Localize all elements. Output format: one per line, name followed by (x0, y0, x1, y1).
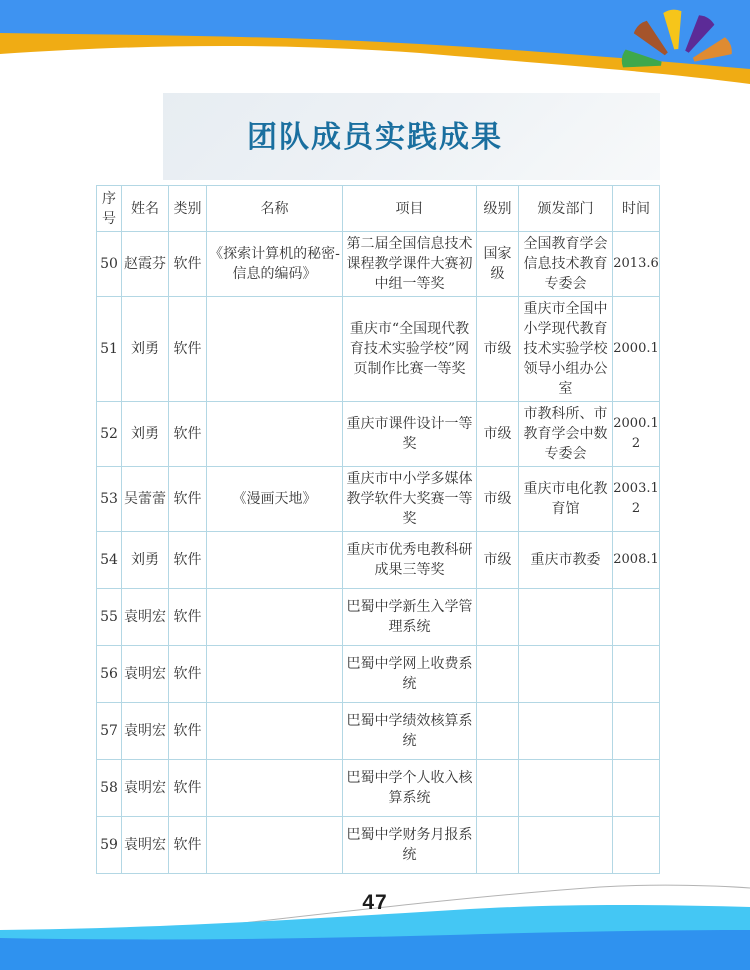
cell-level: 国家级 (477, 232, 519, 297)
cell-index: 56 (97, 646, 122, 703)
column-header-date: 时间 (613, 186, 660, 232)
cell-level: 市级 (477, 402, 519, 467)
cell-name: 刘勇 (122, 532, 169, 589)
cell-project: 巴蜀中学网上收费系统 (343, 646, 477, 703)
table-header-row: 序号 姓名 类别 名称 项目 级别 颁发部门 时间 (97, 186, 660, 232)
cell-level: 市级 (477, 467, 519, 532)
cell-title (207, 646, 343, 703)
cell-date: 2013.6 (613, 232, 660, 297)
cell-name: 刘勇 (122, 402, 169, 467)
cell-issuer: 全国教育学会信息技术教育专委会 (519, 232, 613, 297)
cell-date (613, 589, 660, 646)
cell-category: 软件 (169, 760, 207, 817)
cell-date: 2003.12 (613, 467, 660, 532)
column-header-title: 名称 (207, 186, 343, 232)
cell-project: 重庆市中小学多媒体教学软件大奖赛一等奖 (343, 467, 477, 532)
cell-index: 51 (97, 297, 122, 402)
cell-index: 53 (97, 467, 122, 532)
cell-project: 重庆市“全国现代教育技术实验学校”网页制作比赛一等奖 (343, 297, 477, 402)
cell-issuer: 市教科所、市教育学会中数专委会 (519, 402, 613, 467)
cell-name: 袁明宏 (122, 589, 169, 646)
results-table: 序号 姓名 类别 名称 项目 级别 颁发部门 时间 50 赵霞芬 软件 《探索计… (96, 185, 660, 874)
cell-title (207, 402, 343, 467)
page-number: 47 (0, 891, 750, 915)
cell-date: 2000.1 (613, 297, 660, 402)
cell-index: 52 (97, 402, 122, 467)
cell-index: 57 (97, 703, 122, 760)
cell-date (613, 703, 660, 760)
cell-category: 软件 (169, 646, 207, 703)
cell-name: 赵霞芬 (122, 232, 169, 297)
cell-index: 55 (97, 589, 122, 646)
cell-index: 58 (97, 760, 122, 817)
cell-category: 软件 (169, 467, 207, 532)
cell-title (207, 297, 343, 402)
cell-category: 软件 (169, 703, 207, 760)
cell-issuer (519, 703, 613, 760)
table-row: 53 吴蕾蕾 软件 《漫画天地》 重庆市中小学多媒体教学软件大奖赛一等奖 市级 … (97, 467, 660, 532)
cell-index: 50 (97, 232, 122, 297)
document-page: 团队成员实践成果 序号 姓名 类别 名称 项目 级别 颁发部门 时间 50 赵霞… (0, 0, 750, 970)
table-row: 55 袁明宏 软件 巴蜀中学新生入学管理系统 (97, 589, 660, 646)
cell-issuer (519, 646, 613, 703)
cell-project: 重庆市优秀电教科研成果三等奖 (343, 532, 477, 589)
cell-project: 巴蜀中学绩效核算系统 (343, 703, 477, 760)
cell-level: 市级 (477, 297, 519, 402)
table-row: 58 袁明宏 软件 巴蜀中学个人收入核算系统 (97, 760, 660, 817)
table-row: 50 赵霞芬 软件 《探索计算机的秘密-信息的编码》 第二届全国信息技术课程教学… (97, 232, 660, 297)
cell-level (477, 589, 519, 646)
cell-category: 软件 (169, 297, 207, 402)
cell-category: 软件 (169, 402, 207, 467)
cell-title (207, 589, 343, 646)
cell-date (613, 646, 660, 703)
table-row: 52 刘勇 软件 重庆市课件设计一等奖 市级 市教科所、市教育学会中数专委会 2… (97, 402, 660, 467)
cell-title: 《漫画天地》 (207, 467, 343, 532)
cell-category: 软件 (169, 589, 207, 646)
cell-index: 54 (97, 532, 122, 589)
cell-level: 市级 (477, 532, 519, 589)
cell-title: 《探索计算机的秘密-信息的编码》 (207, 232, 343, 297)
cell-level (477, 703, 519, 760)
cell-name: 袁明宏 (122, 646, 169, 703)
table-row: 57 袁明宏 软件 巴蜀中学绩效核算系统 (97, 703, 660, 760)
cell-project: 巴蜀中学新生入学管理系统 (343, 589, 477, 646)
table-row: 54 刘勇 软件 重庆市优秀电教科研成果三等奖 市级 重庆市教委 2008.1 (97, 532, 660, 589)
cell-issuer: 重庆市电化教育馆 (519, 467, 613, 532)
cell-name: 刘勇 (122, 297, 169, 402)
cell-level (477, 760, 519, 817)
cell-name: 袁明宏 (122, 760, 169, 817)
cell-project: 重庆市课件设计一等奖 (343, 402, 477, 467)
cell-project: 第二届全国信息技术课程教学课件大赛初中组一等奖 (343, 232, 477, 297)
cell-name: 袁明宏 (122, 703, 169, 760)
column-header-project: 项目 (343, 186, 477, 232)
cell-date: 2008.1 (613, 532, 660, 589)
table-row: 51 刘勇 软件 重庆市“全国现代教育技术实验学校”网页制作比赛一等奖 市级 重… (97, 297, 660, 402)
cell-name: 吴蕾蕾 (122, 467, 169, 532)
cell-project: 巴蜀中学个人收入核算系统 (343, 760, 477, 817)
cell-title (207, 760, 343, 817)
cell-title (207, 703, 343, 760)
cell-level (477, 646, 519, 703)
cell-date (613, 760, 660, 817)
table-body: 50 赵霞芬 软件 《探索计算机的秘密-信息的编码》 第二届全国信息技术课程教学… (97, 232, 660, 874)
cell-issuer: 重庆市教委 (519, 532, 613, 589)
cell-title (207, 532, 343, 589)
footer-wave (0, 860, 750, 970)
cell-category: 软件 (169, 232, 207, 297)
table-row: 56 袁明宏 软件 巴蜀中学网上收费系统 (97, 646, 660, 703)
column-header-name: 姓名 (122, 186, 169, 232)
cell-date: 2000.12 (613, 402, 660, 467)
column-header-category: 类别 (169, 186, 207, 232)
column-header-index: 序号 (97, 186, 122, 232)
cell-issuer (519, 589, 613, 646)
cell-issuer: 重庆市全国中小学现代教育技术实验学校领导小组办公室 (519, 297, 613, 402)
column-header-issuer: 颁发部门 (519, 186, 613, 232)
cell-issuer (519, 760, 613, 817)
cell-category: 软件 (169, 532, 207, 589)
column-header-level: 级别 (477, 186, 519, 232)
page-title: 团队成员实践成果 (0, 112, 750, 156)
